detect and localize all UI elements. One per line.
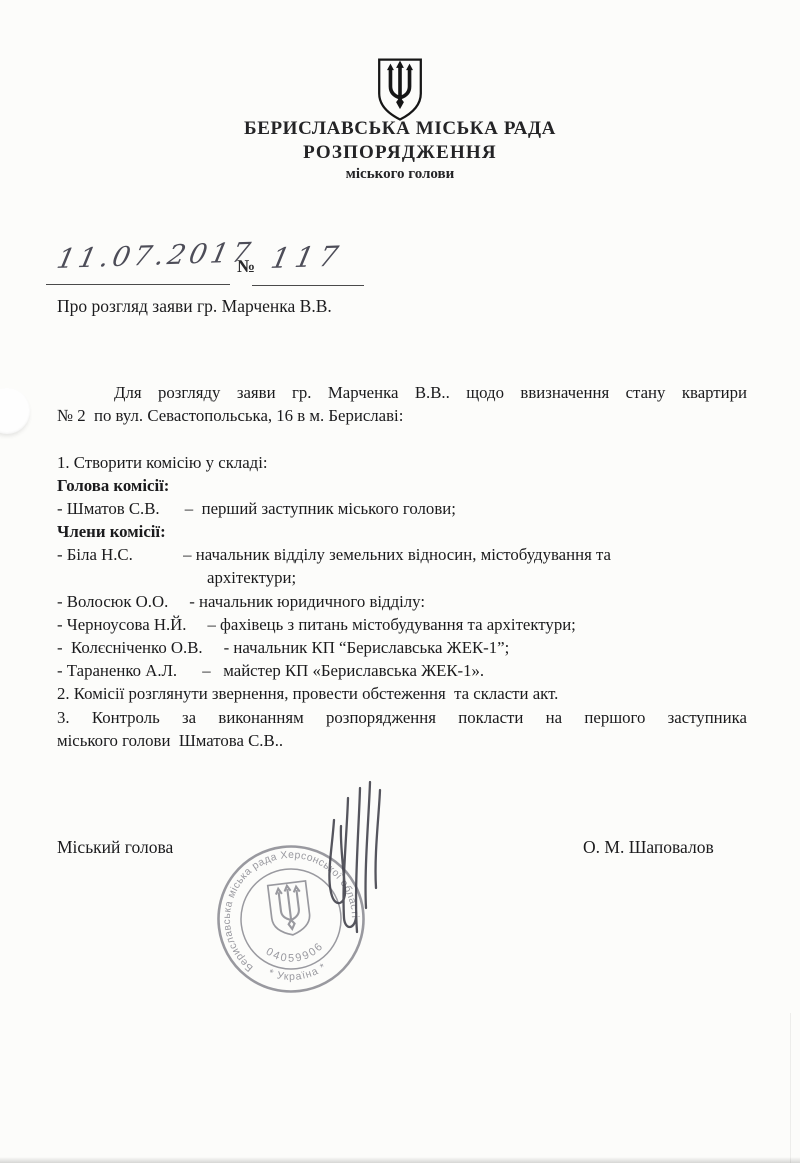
ukraine-trident-icon [374, 57, 426, 123]
intro-paragraph: Для розгляду заяви гр. Марченка В.В.. що… [57, 381, 747, 428]
order-item-1: 1. Створити комісію у складі: [57, 451, 747, 474]
intro-line-1: Для розгляду заяви гр. Марченка В.В.. що… [57, 381, 747, 404]
order-item-3-line-2: міського голови Шматова С.В.. [57, 729, 747, 752]
scan-edge-line [790, 1013, 791, 1163]
hole-punch [0, 388, 30, 434]
commission-member-row: - Волосюк О.О. - начальник юридичного ві… [57, 590, 747, 613]
commission-member-row: - Біла Н.С. – начальник відділу земельни… [57, 543, 747, 566]
signoff-name: О. М. Шаповалов [583, 837, 714, 858]
commission-member-row: - Тараненко А.Л. – майстер КП «Бериславс… [57, 659, 747, 682]
document-page: БЕРИСЛАВСЬКА МІСЬКА РАДА РОЗПОРЯДЖЕННЯ м… [0, 0, 800, 1163]
signoff-title: Міський голова [57, 837, 173, 858]
subject-line: Про розгляд заяви гр. Марченка В.В. [57, 296, 332, 317]
order-item-3-line-1: 3. Контроль за виконанням розпорядження … [57, 706, 747, 729]
intro-line-2: № 2 по вул. Севастопольська, 16 в м. Бер… [57, 404, 747, 427]
issuer-line: міського голови [0, 166, 800, 183]
order-item-2: 2. Комісії розглянути звернення, провест… [57, 682, 747, 705]
order-body: 1. Створити комісію у складі: Голова ком… [57, 451, 747, 705]
stamp-trident-icon [268, 881, 312, 937]
signature-ink [312, 780, 402, 950]
commission-head-label: Голова комісії: [57, 474, 747, 497]
order-item-3: 3. Контроль за виконанням розпорядження … [57, 706, 747, 753]
commission-member-row: - Колєсніченко О.В. - начальник КП “Бери… [57, 636, 747, 659]
number-underline [252, 263, 364, 286]
org-name: БЕРИСЛАВСЬКА МІСЬКА РАДА [0, 118, 800, 140]
commission-members-label: Члени комісії: [57, 520, 747, 543]
commission-head-row: - Шматов С.В. – перший заступник міськог… [57, 497, 747, 520]
date-underline [46, 262, 230, 285]
commission-member-row-wrap: архітектури; [207, 566, 747, 589]
commission-member-row: - Черноусова Н.Й. – фахівець з питань мі… [57, 613, 747, 636]
doc-type-title: РОЗПОРЯДЖЕННЯ [0, 142, 800, 164]
scan-edge-shadow [0, 1157, 800, 1163]
